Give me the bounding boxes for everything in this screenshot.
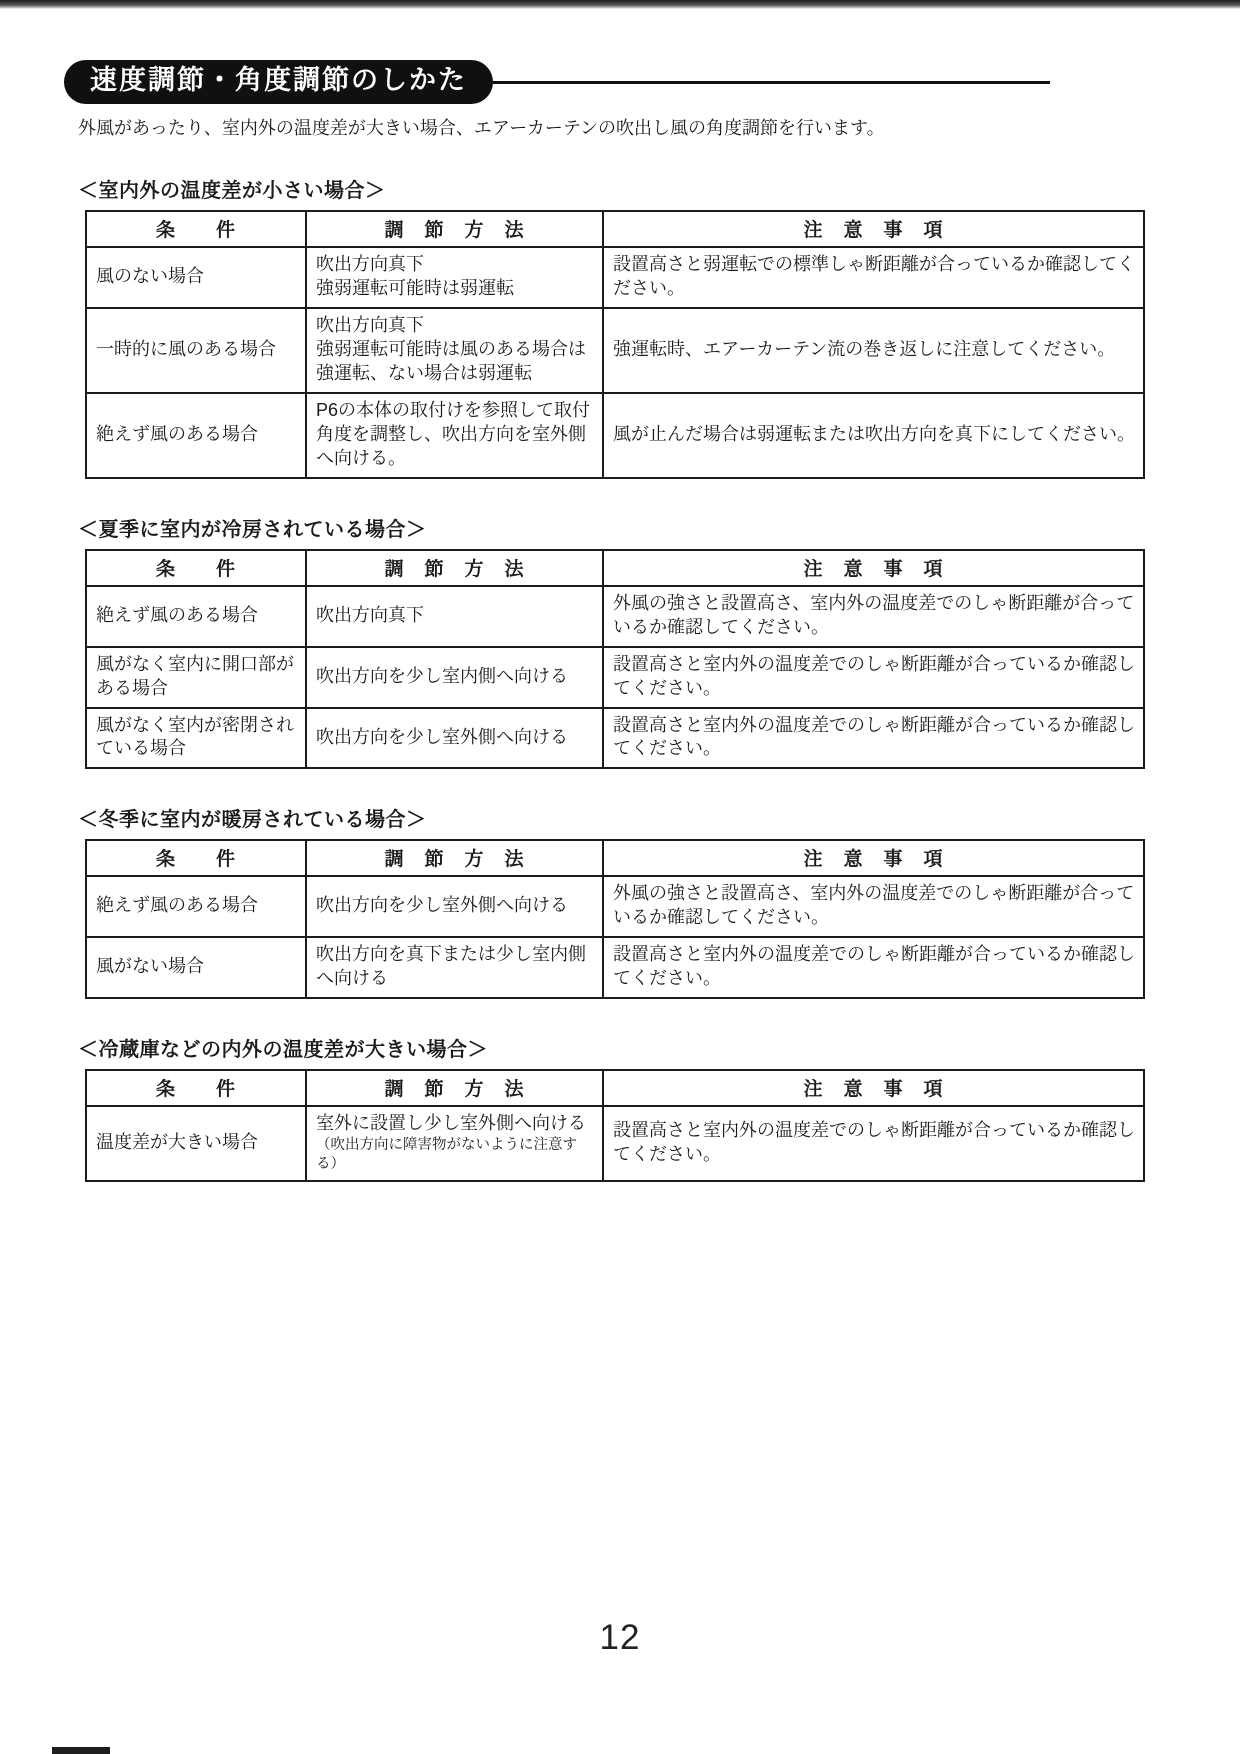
condition-cell: 風がなく室内が密閉されている場合 — [86, 708, 306, 769]
page-number: 12 — [0, 1618, 1240, 1658]
column-header-condition: 条 件 — [86, 550, 306, 586]
note-cell: 設置高さと室内外の温度差でのしゃ断距離が合っているか確認してください。 — [603, 708, 1144, 769]
scan-edge-bottom — [52, 1747, 110, 1754]
title-rule — [493, 81, 1050, 84]
condition-cell: 絶えず風のある場合 — [86, 876, 306, 937]
method-cell: 吹出方向真下 強弱運転可能時は弱運転 — [306, 247, 603, 308]
condition-cell: 温度差が大きい場合 — [86, 1106, 306, 1181]
note-cell: 外風の強さと設置高さ、室内外の温度差でのしゃ断距離が合っているか確認してください… — [603, 586, 1144, 647]
column-header-condition: 条 件 — [86, 840, 306, 876]
title-row: 速度調節・角度調節のしかた — [64, 60, 1050, 104]
table-row: 風のない場合吹出方向真下 強弱運転可能時は弱運転設置高さと弱運転での標準しゃ断距… — [86, 247, 1144, 308]
method-cell: P6の本体の取付けを参照して取付角度を調整し、吹出方向を室外側へ向ける。 — [306, 393, 603, 478]
method-cell: 吹出方向を少し室外側へ向ける — [306, 876, 603, 937]
method-cell: 吹出方向を真下または少し室内側へ向ける — [306, 937, 603, 998]
column-header-notes: 注 意 事 項 — [603, 840, 1144, 876]
column-header-condition: 条 件 — [86, 1070, 306, 1106]
table-row: 一時的に風のある場合吹出方向真下 強弱運転可能時は風のある場合は強運転、ない場合… — [86, 308, 1144, 393]
column-header-notes: 注 意 事 項 — [603, 550, 1144, 586]
condition-table-1: 条 件調 節 方 法注 意 事 項風のない場合吹出方向真下 強弱運転可能時は弱運… — [85, 210, 1145, 479]
condition-cell: 絶えず風のある場合 — [86, 393, 306, 478]
note-cell: 風が止んだ場合は弱運転または吹出方向を真下にしてください。 — [603, 393, 1144, 478]
table-row: 風がなく室内が密閉されている場合吹出方向を少し室外側へ向ける設置高さと室内外の温… — [86, 708, 1144, 769]
table-row: 絶えず風のある場合吹出方向真下外風の強さと設置高さ、室内外の温度差でのしゃ断距離… — [86, 586, 1144, 647]
condition-cell: 風がなく室内に開口部がある場合 — [86, 647, 306, 708]
table-header-row: 条 件調 節 方 法注 意 事 項 — [86, 550, 1144, 586]
column-header-notes: 注 意 事 項 — [603, 1070, 1144, 1106]
table-row: 風がない場合吹出方向を真下または少し室内側へ向ける設置高さと室内外の温度差でのし… — [86, 937, 1144, 998]
method-cell: 吹出方向を少し室内側へ向ける — [306, 647, 603, 708]
section-heading-2: ＜夏季に室内が冷房されている場合＞ — [78, 513, 1240, 542]
condition-cell: 一時的に風のある場合 — [86, 308, 306, 393]
method-cell: 吹出方向を少し室外側へ向ける — [306, 708, 603, 769]
note-cell: 外風の強さと設置高さ、室内外の温度差でのしゃ断距離が合っているか確認してください… — [603, 876, 1144, 937]
note-cell: 設置高さと室内外の温度差でのしゃ断距離が合っているか確認してください。 — [603, 647, 1144, 708]
table-row: 風がなく室内に開口部がある場合吹出方向を少し室内側へ向ける設置高さと室内外の温度… — [86, 647, 1144, 708]
column-header-method: 調 節 方 法 — [306, 550, 603, 586]
method-cell: 室外に設置し少し室外側へ向ける（吹出方向に障害物がないように注意する） — [306, 1106, 603, 1181]
condition-table-4: 条 件調 節 方 法注 意 事 項温度差が大きい場合室外に設置し少し室外側へ向け… — [85, 1069, 1145, 1182]
section-heading-4: ＜冷蔵庫などの内外の温度差が大きい場合＞ — [78, 1033, 1240, 1062]
note-cell: 設置高さと室内外の温度差でのしゃ断距離が合っているか確認してください。 — [603, 937, 1144, 998]
sections-container: ＜室内外の温度差が小さい場合＞条 件調 節 方 法注 意 事 項風のない場合吹出… — [0, 174, 1240, 1182]
column-header-notes: 注 意 事 項 — [603, 211, 1144, 247]
table-header-row: 条 件調 節 方 法注 意 事 項 — [86, 840, 1144, 876]
column-header-method: 調 節 方 法 — [306, 1070, 603, 1106]
table-header-row: 条 件調 節 方 法注 意 事 項 — [86, 211, 1144, 247]
intro-text: 外風があったり、室内外の温度差が大きい場合、エアーカーテンの吹出し風の角度調節を… — [78, 116, 1180, 140]
condition-cell: 風のない場合 — [86, 247, 306, 308]
note-cell: 強運転時、エアーカーテン流の巻き返しに注意してください。 — [603, 308, 1144, 393]
page-title: 速度調節・角度調節のしかた — [64, 60, 493, 104]
column-header-method: 調 節 方 法 — [306, 840, 603, 876]
column-header-method: 調 節 方 法 — [306, 211, 603, 247]
table-header-row: 条 件調 節 方 法注 意 事 項 — [86, 1070, 1144, 1106]
table-row: 絶えず風のある場合P6の本体の取付けを参照して取付角度を調整し、吹出方向を室外側… — [86, 393, 1144, 478]
note-cell: 設置高さと弱運転での標準しゃ断距離が合っているか確認してください。 — [603, 247, 1144, 308]
method-text: 室外に設置し少し室外側へ向ける — [316, 1113, 586, 1133]
condition-table-3: 条 件調 節 方 法注 意 事 項絶えず風のある場合吹出方向を少し室外側へ向ける… — [85, 839, 1145, 999]
column-header-condition: 条 件 — [86, 211, 306, 247]
method-cell: 吹出方向真下 — [306, 586, 603, 647]
section-heading-3: ＜冬季に室内が暖房されている場合＞ — [78, 803, 1240, 832]
note-cell: 設置高さと室内外の温度差でのしゃ断距離が合っているか確認してください。 — [603, 1106, 1144, 1181]
condition-cell: 風がない場合 — [86, 937, 306, 998]
method-cell: 吹出方向真下 強弱運転可能時は風のある場合は強運転、ない場合は弱運転 — [306, 308, 603, 393]
section-heading-1: ＜室内外の温度差が小さい場合＞ — [78, 174, 1240, 203]
scan-edge-top — [0, 0, 1240, 9]
condition-cell: 絶えず風のある場合 — [86, 586, 306, 647]
method-note-small: （吹出方向に障害物がないように注意する） — [316, 1136, 594, 1174]
table-row: 温度差が大きい場合室外に設置し少し室外側へ向ける（吹出方向に障害物がないように注… — [86, 1106, 1144, 1181]
condition-table-2: 条 件調 節 方 法注 意 事 項絶えず風のある場合吹出方向真下外風の強さと設置… — [85, 549, 1145, 770]
table-row: 絶えず風のある場合吹出方向を少し室外側へ向ける外風の強さと設置高さ、室内外の温度… — [86, 876, 1144, 937]
